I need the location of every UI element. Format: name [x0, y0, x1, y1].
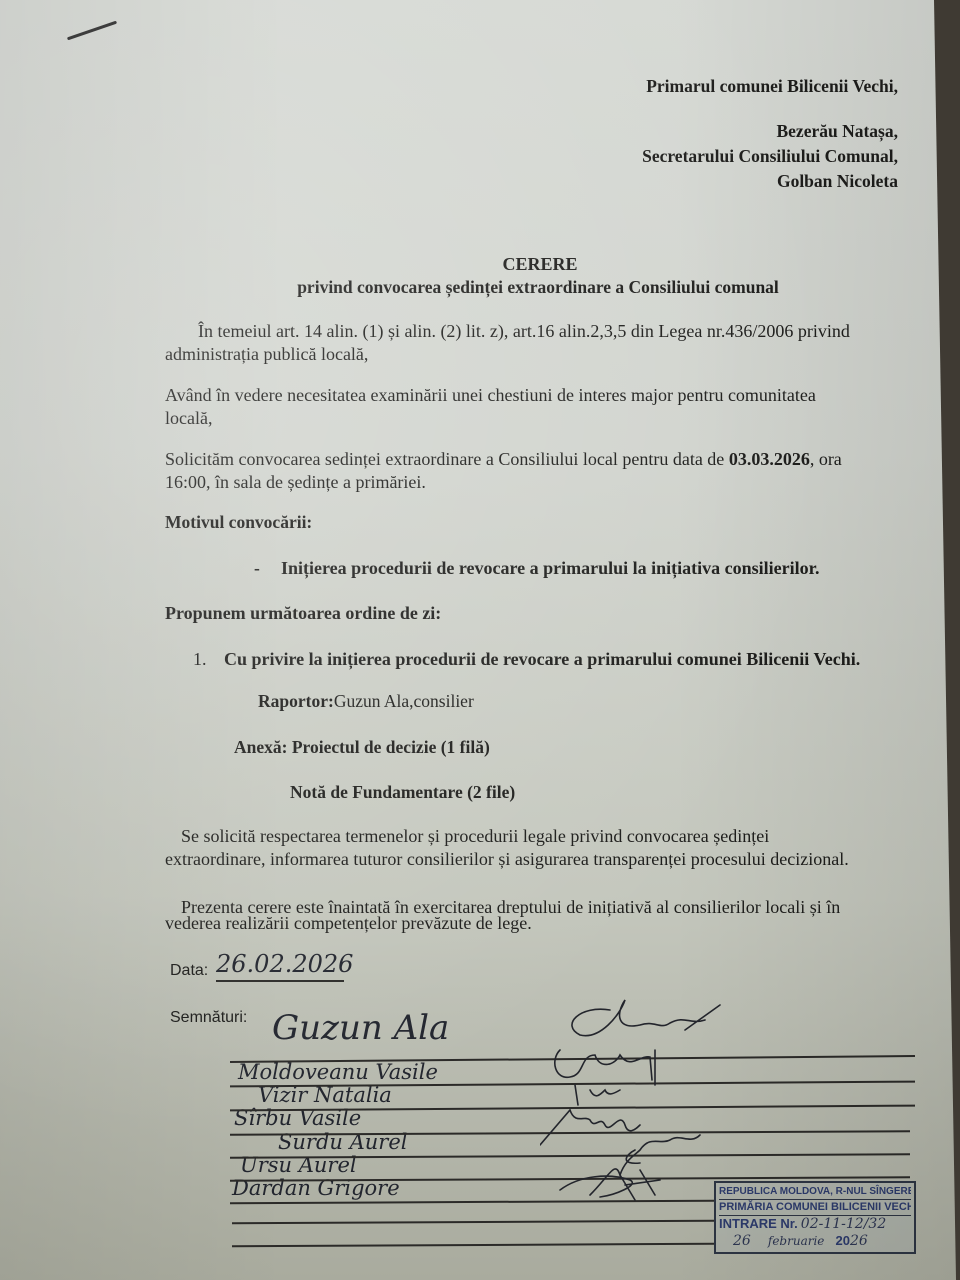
agenda-reporter: Raportor:Guzun Ala,consilier [258, 690, 474, 712]
page-title: CERERE [0, 253, 960, 275]
pen-mark [67, 21, 117, 41]
stamp-line-4: 26 februarie 2026 [719, 1233, 911, 1250]
request-text-suffix: , ora [810, 449, 842, 469]
stamp-line-2: PRIMĂRIA COMUNEI BILICENII VECHI [719, 1200, 911, 1216]
signature-name-3: Vizir Natalia [258, 1083, 392, 1107]
considering-line-2: locală, [165, 407, 212, 429]
signature-name-2: Moldoveanu Vasile [238, 1060, 438, 1084]
agenda-heading: Propunem următoarea ordine de zi: [165, 602, 441, 624]
reporter-value: Guzun Ala,consilier [334, 691, 474, 711]
stamp-month: februarie [768, 1234, 825, 1248]
date-handwritten: 26.02.2026 [216, 950, 353, 978]
closing-p1-line-2: extraordinare, informarea tuturor consil… [165, 848, 849, 870]
stamp-year-suffix: 26 [850, 1233, 868, 1249]
stamp-entry-number: 02-11-12/32 [801, 1216, 886, 1232]
addressee-secretary-name: Golban Nicoleta [777, 170, 898, 192]
legal-basis-line-2: administrația publică locală, [165, 343, 368, 365]
signature-line [232, 1220, 715, 1224]
stamp-year-prefix: 20 [835, 1233, 849, 1248]
document-page: Primarul comunei Bilicenii Vechi, Bezeră… [0, 0, 960, 1280]
agenda-item-text: Cu privire la inițierea procedurii de re… [224, 648, 860, 670]
registry-stamp: REPUBLICA MOLDOVA, R-NUL SÎNGEREI PRIMĂR… [714, 1181, 916, 1254]
signature-line [232, 1243, 715, 1247]
closing-p2-line-2: vederea realizării competențelor prevăzu… [165, 912, 532, 934]
agenda-item-number: 1. [193, 648, 207, 670]
considering-line-1: Având în vedere necesitatea examinării u… [165, 384, 816, 406]
legal-basis-line-1: În temeiul art. 14 alin. (1) și alin. (2… [198, 320, 850, 342]
reason-bullet: - [254, 557, 260, 579]
reason-item: Inițierea procedurii de revocare a prima… [281, 557, 819, 579]
request-line-1: Solicităm convocarea sedinței extraordin… [165, 448, 842, 470]
request-text: Solicităm convocarea sedinței extraordin… [165, 449, 729, 469]
stamp-line-1: REPUBLICA MOLDOVA, R-NUL SÎNGEREI [719, 1184, 911, 1200]
request-line-2: 16:00, în sala de ședințe a primăriei. [165, 471, 426, 493]
reason-heading: Motivul convocării: [165, 511, 312, 533]
stamp-line-3: INTRARE Nr. 02-11-12/32 [719, 1216, 911, 1233]
stamp-day: 26 [733, 1233, 751, 1249]
addressee-mayor: Primarul comunei Bilicenii Vechi, [646, 75, 898, 97]
addressee-mayor-name: Bezerău Natașa, [776, 120, 898, 142]
signature-name-1: Guzun Ala [272, 1008, 449, 1048]
addressee-secretary: Secretarului Consiliului Comunal, [642, 145, 898, 167]
page-subtitle: privind convocarea ședinței extraordinar… [0, 276, 960, 298]
annex-item-1: Proiectul de decizie (1 filă) [292, 737, 490, 757]
agenda-annex: Anexă: Proiectul de decizie (1 filă) [234, 736, 490, 758]
date-label: Data: [170, 960, 208, 982]
annex-item-2: Notă de Fundamentare (2 file) [290, 781, 515, 803]
meeting-date: 03.03.2026 [729, 449, 810, 469]
date-underline [216, 980, 344, 982]
reporter-label: Raportor: [258, 691, 334, 711]
annex-label: Anexă: [234, 737, 287, 757]
signatures-label: Semnături: [170, 1007, 247, 1029]
stamp-entry-label: INTRARE Nr. [719, 1216, 798, 1231]
closing-p1-line-1: Se solicită respectarea termenelor și pr… [181, 825, 769, 847]
